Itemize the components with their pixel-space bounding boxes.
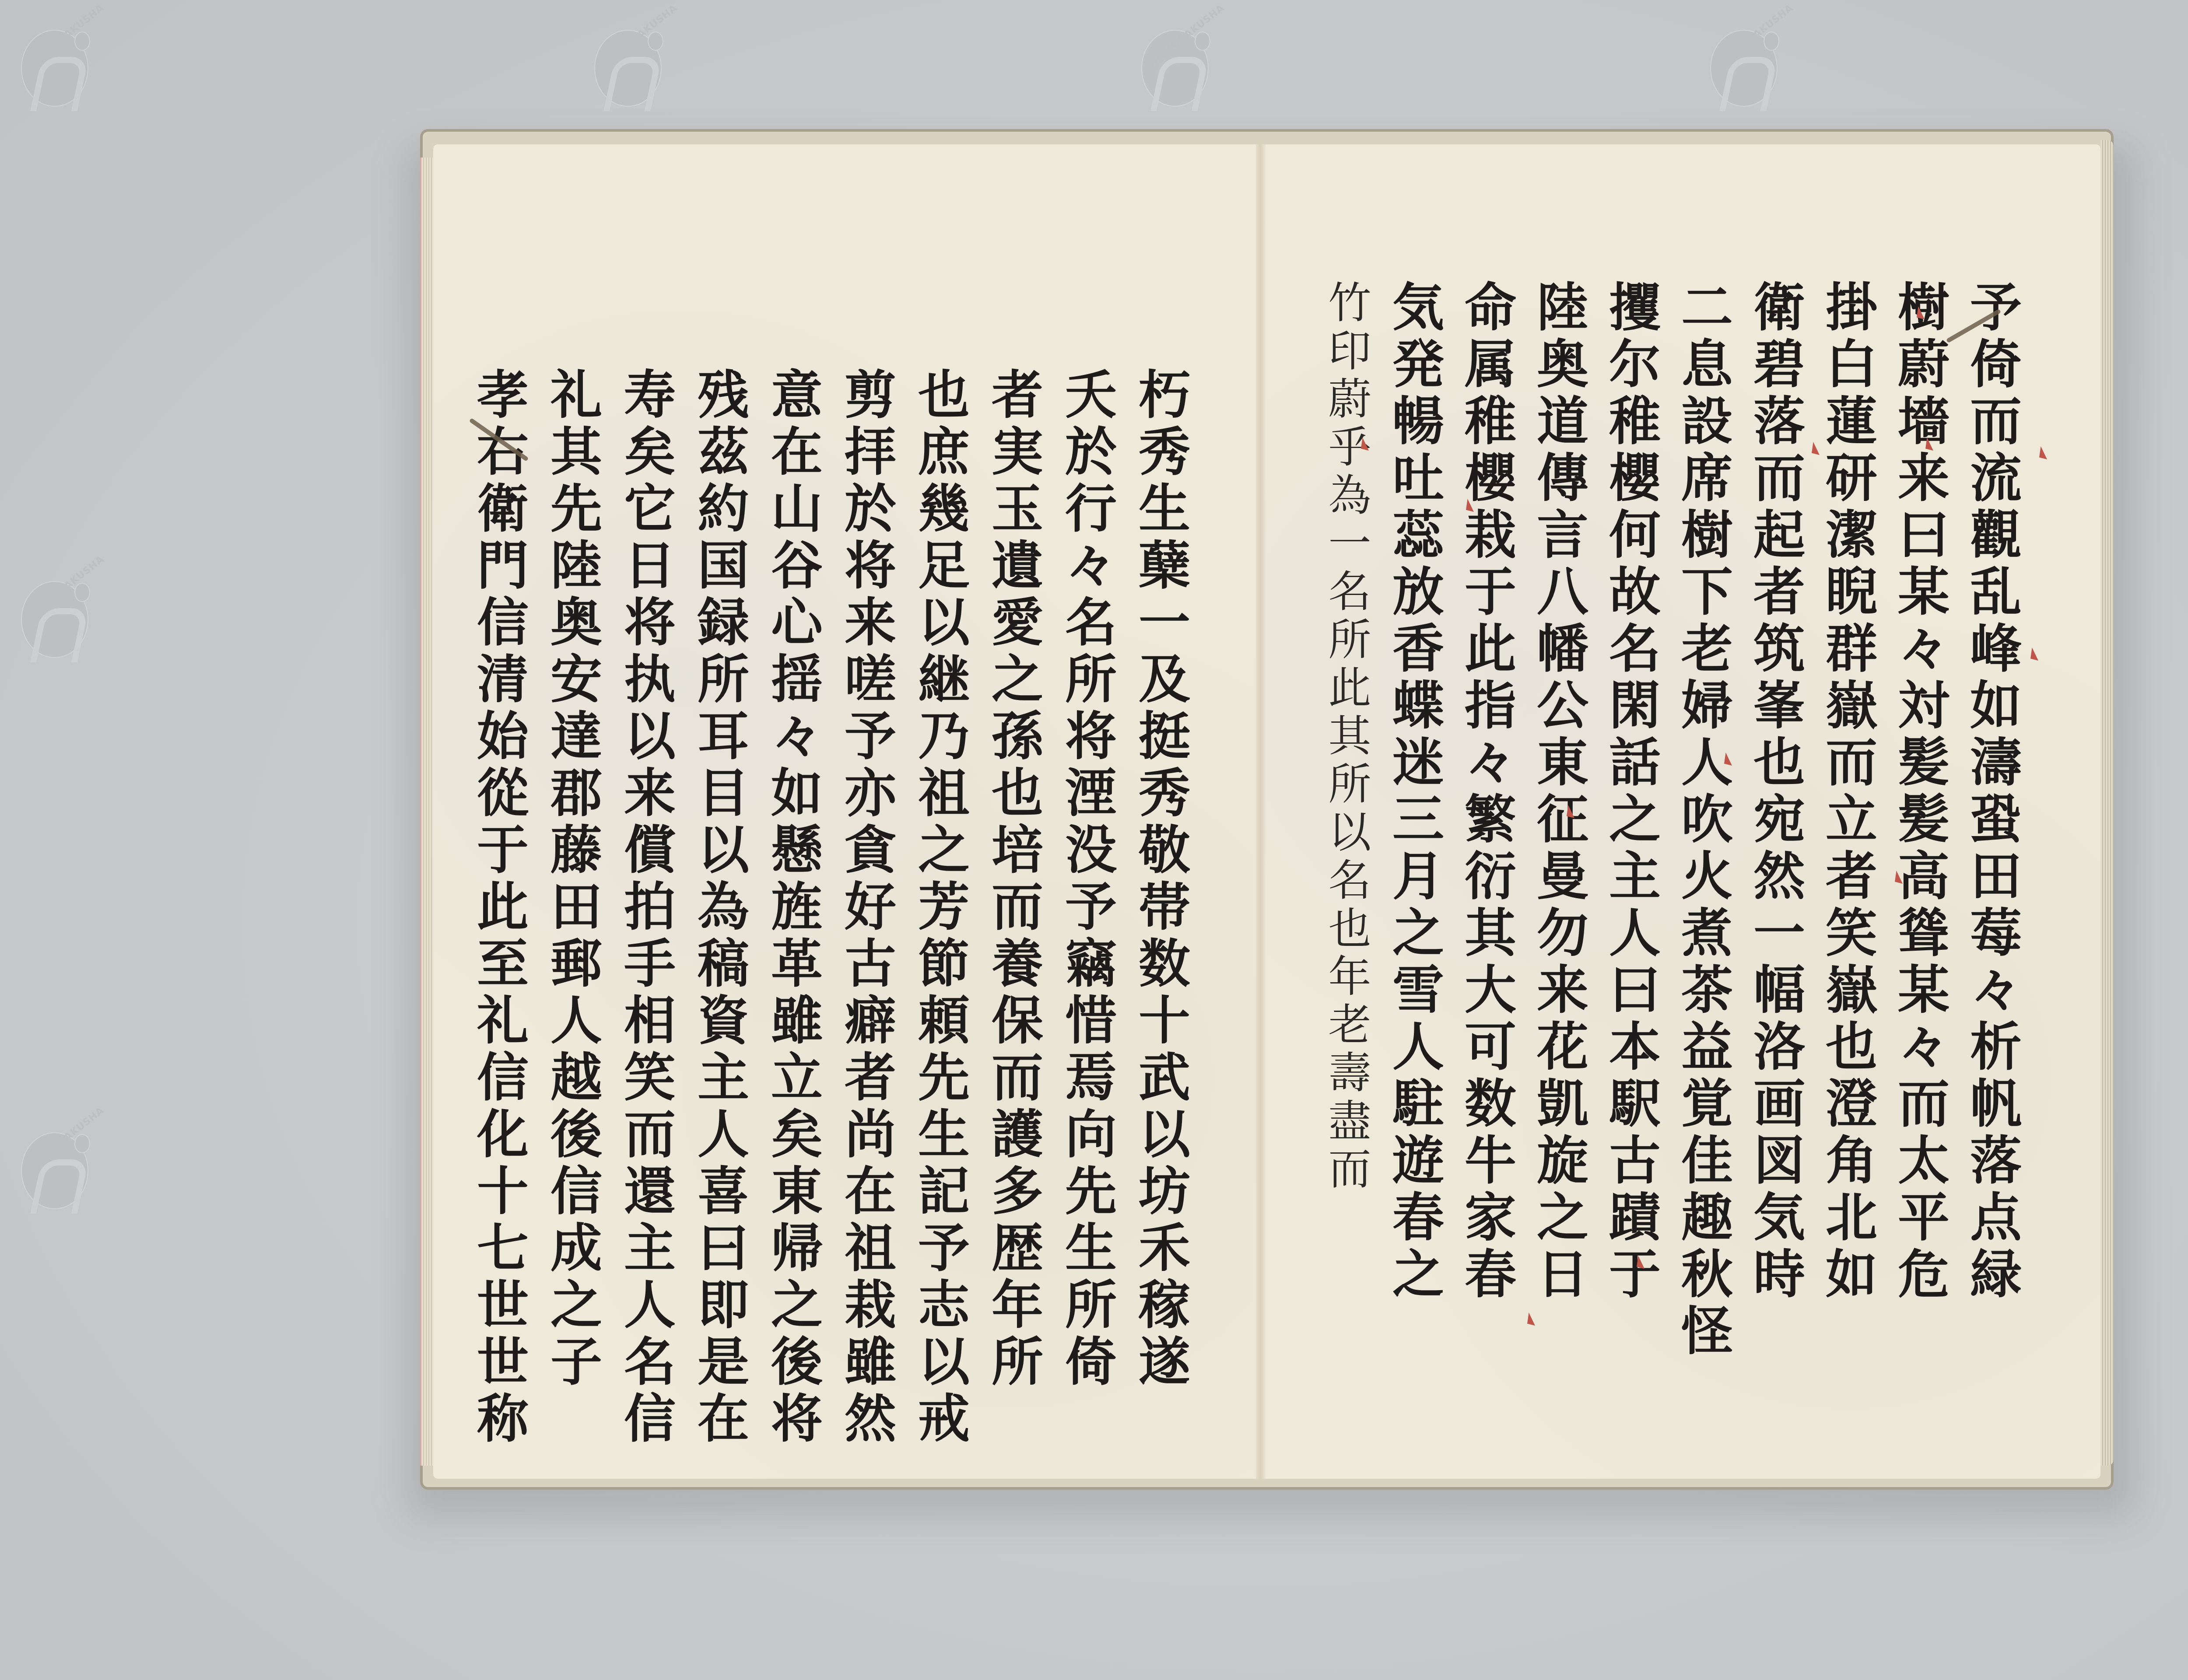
- text-column-small: 竹印蔚乎為一名所此其所以名也年老壽盡而: [1295, 280, 1367, 1361]
- text-column: 攫尔稚櫻何故名閑話之主人曰本駅古蹟于: [1584, 280, 1656, 1361]
- text-column: 二息設席樹下老婦人吹火煮茶益覚佳趣秋怪: [1656, 280, 1729, 1361]
- text-column: 樹蔚墻来曰某々対髪髪高聳某々而太平危: [1873, 280, 1945, 1361]
- text-column: 掛白蓮研潔睨群嶽而立者笑嶽也澄角北如: [1801, 280, 1873, 1361]
- text-column: 礼其先陸奥安達郡藤田郵人越後信成之子: [524, 367, 598, 1448]
- text-column: 気発暢吐蕊放香蝶迷三月之雪人駐遊春之: [1367, 280, 1440, 1361]
- text-column: 意在山谷心揺々如懸旌革雖立矣東帰之後将: [745, 367, 818, 1448]
- text-column: 夭於行々名所将湮没予竊惜焉向先生所倚: [1039, 367, 1112, 1448]
- text-column: 孝右衛門信清始從于此至礼信化十七世世称: [451, 367, 524, 1448]
- text-column: 予倚而流觀乱峰如濤蛩田莓々析帆落点緑: [1945, 280, 2017, 1361]
- text-column: 命属稚櫻栽于此指々繁衍其大可数牛家春: [1440, 280, 1512, 1361]
- text-column: 陸奥道傳言八幡公東征曼勿来花凱旋之日: [1512, 280, 1584, 1361]
- text-column: 也庶幾足以継乃祖之芳節頼先生記予志以戒: [892, 367, 965, 1448]
- text-column: 衛碧落而起者筑峯也宛然一幅洛画図気時: [1729, 280, 1801, 1361]
- left-page-text: 朽秀生蘖一及挺秀敬帯数十武以坊禾稼遂 夭於行々名所将湮没予竊惜焉向先生所倚 者実…: [451, 367, 1186, 1448]
- text-column: 寿矣它日将执以来償拍手相笑而還主人名信: [598, 367, 671, 1448]
- book-spine-gutter: [1256, 144, 1266, 1479]
- text-column: 者実玉遺愛之孫也培而養保而護多歴年所: [965, 367, 1039, 1448]
- page-stack-right: [2100, 140, 2114, 1466]
- text-column: 残茲約国録所耳目以為稿資主人喜曰即是在: [671, 367, 745, 1448]
- text-column: 剪拝於将来嗟予亦貪好古癖者尚在祖栽雖然: [818, 367, 892, 1448]
- text-column: 朽秀生蘖一及挺秀敬帯数十武以坊禾稼遂: [1112, 367, 1186, 1448]
- right-page-text: 予倚而流觀乱峰如濤蛩田莓々析帆落点緑 樹蔚墻来曰某々対髪髪高聳某々而太平危 掛白…: [1295, 280, 2017, 1361]
